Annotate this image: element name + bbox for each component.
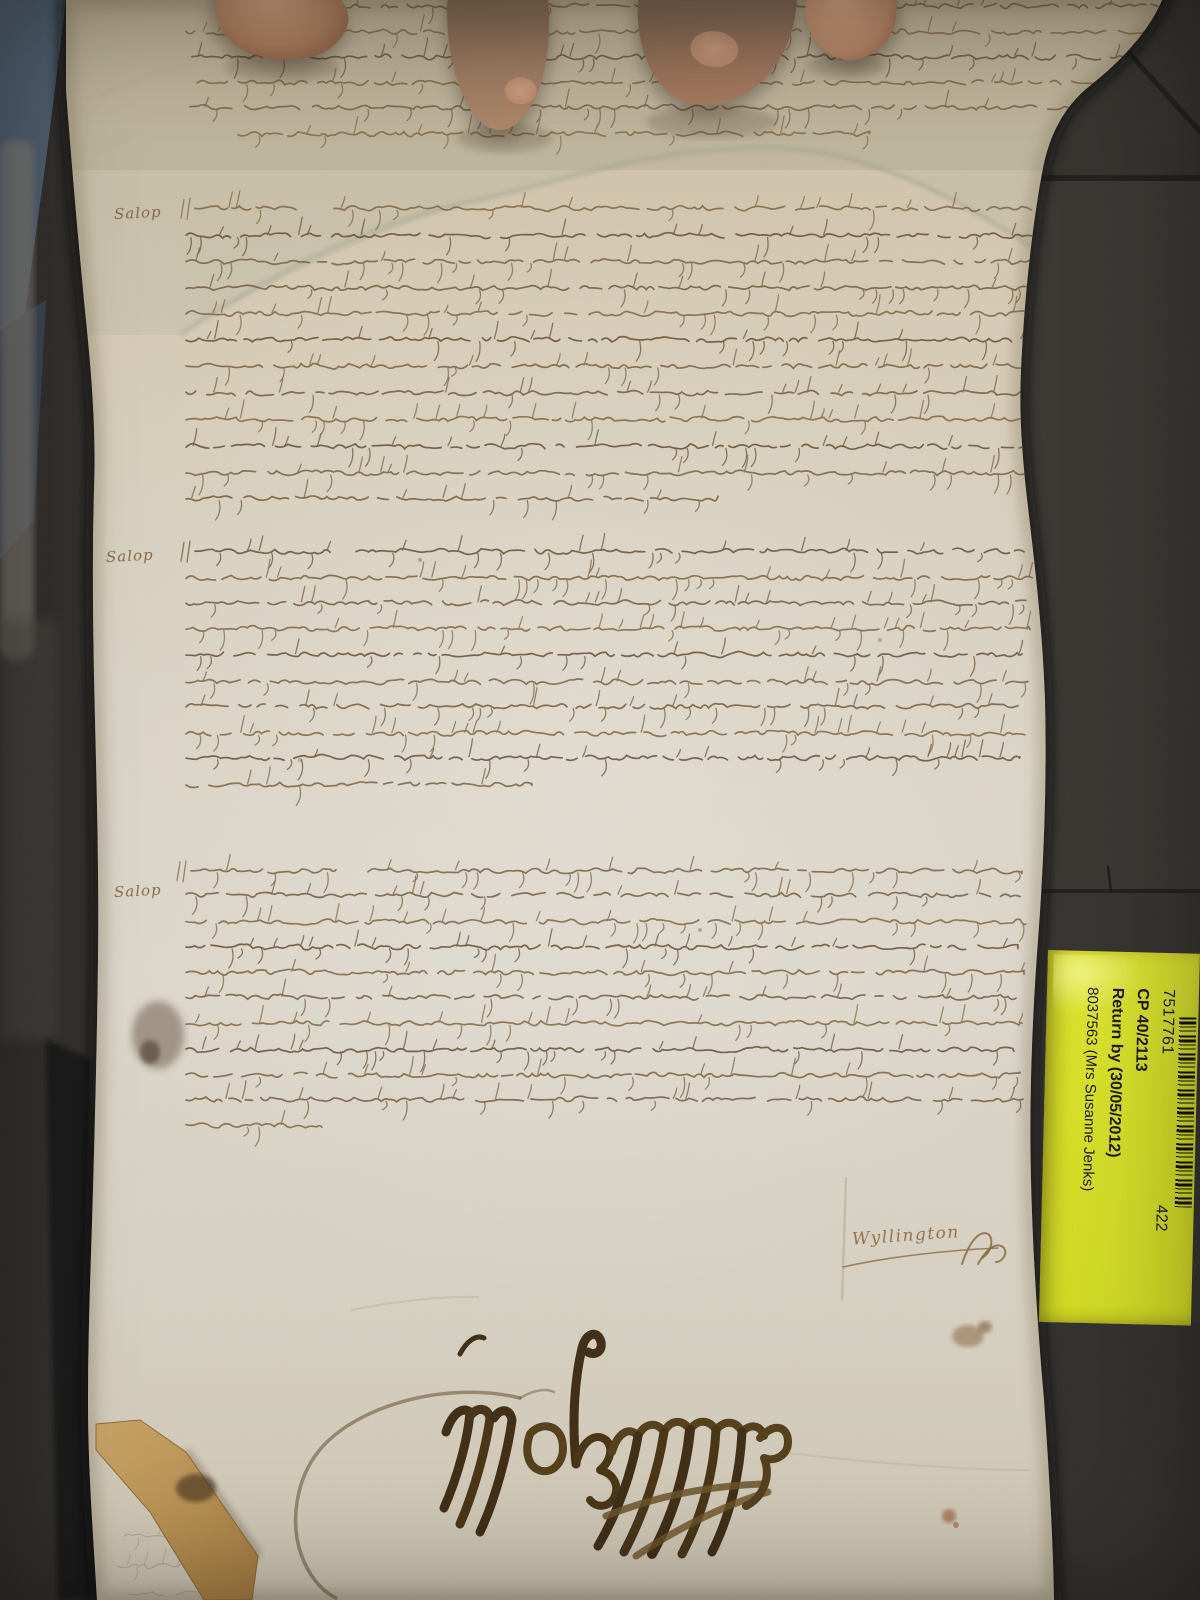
label-serial-number: 7517761 [1157, 989, 1177, 1055]
fingernail [504, 77, 537, 105]
photo-of-parchment-roll: 7517761 422 CP 40/2113 Return by (30/05/… [0, 0, 1200, 1600]
label-document-reference: CP 40/2113 [1131, 988, 1151, 1072]
photo-grain [0, 0, 1200, 1600]
margin-note-salop: Salop [114, 203, 163, 223]
scene-graphic [0, 0, 1200, 1600]
label-order-reader: 8037563 (Mrs Susanne Jenks) [1079, 987, 1101, 1192]
label-shelf-number: 422 [1151, 1205, 1170, 1232]
label-return-by-date: Return by (30/05/2012) [1104, 987, 1126, 1157]
margin-note-salop: Salop [114, 881, 163, 901]
archive-label: 7517761 422 CP 40/2113 Return by (30/05/… [1039, 950, 1200, 1326]
fingernail [689, 28, 741, 69]
margin-note-salop: Salop [106, 546, 155, 566]
barcode [1175, 1017, 1197, 1207]
